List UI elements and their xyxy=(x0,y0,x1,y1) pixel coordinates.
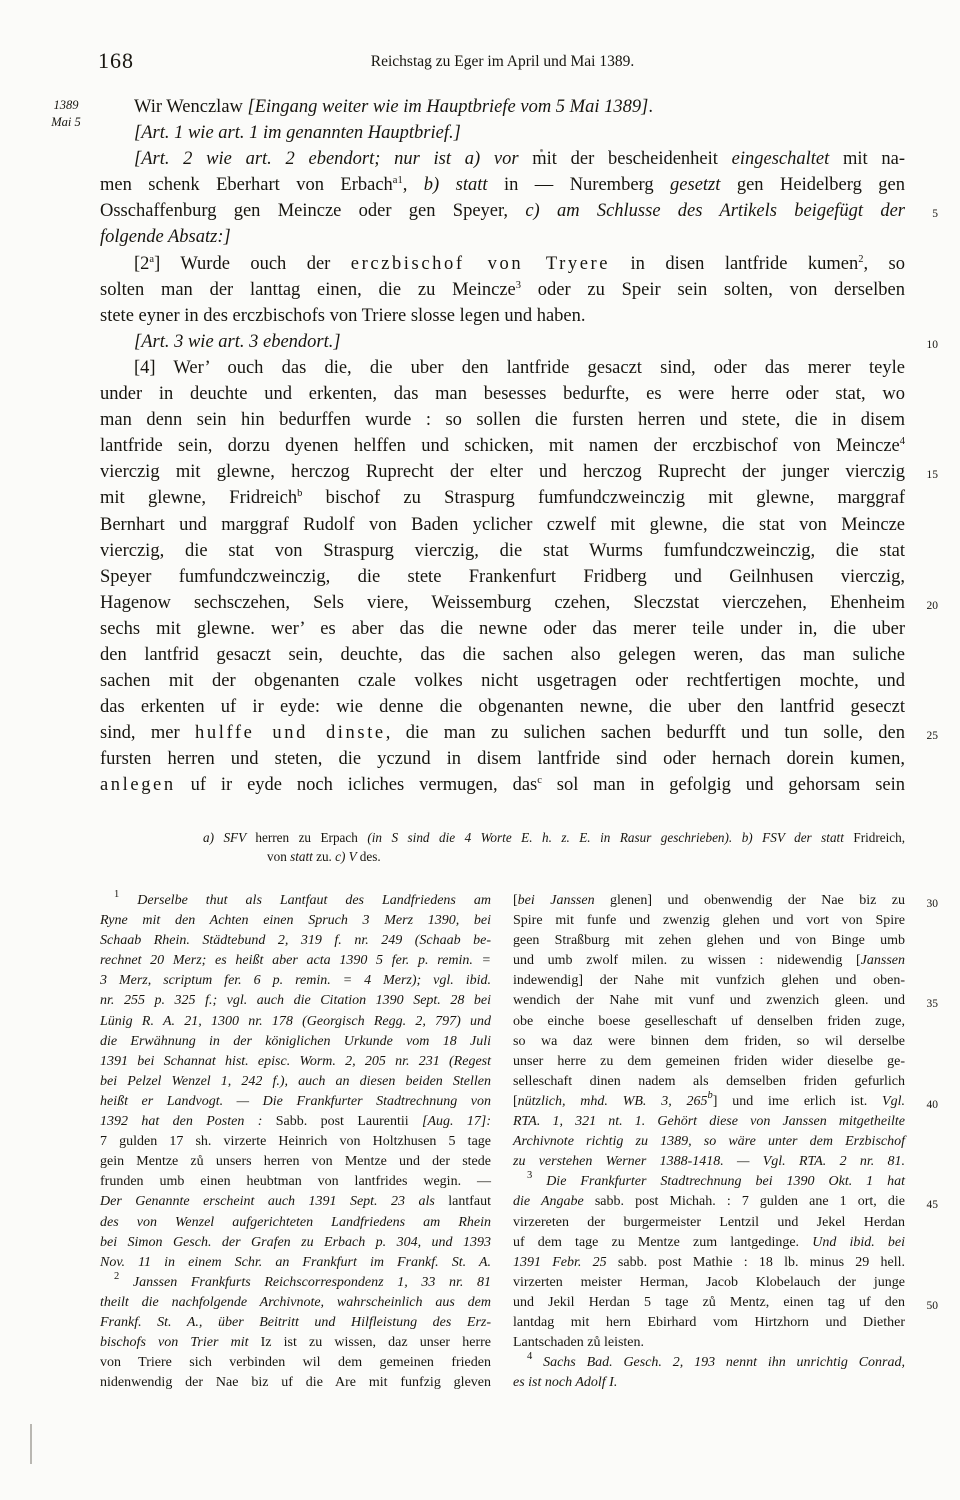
text-line: virzereten der burgermeister Lentzil und… xyxy=(513,1213,905,1233)
text-segment: zu verstehen Werner 1388-1418. — Vgl. RT… xyxy=(513,1154,905,1169)
text-segment: des. xyxy=(360,849,381,864)
text-line: Spire mit funfe und zwenzig glehen und v… xyxy=(513,911,905,931)
text-segment: c) V xyxy=(335,849,360,864)
text-segment: ] Wurde ouch der xyxy=(154,254,351,274)
text-line: rechnet 20 Merz; es heißt aber acta 1390… xyxy=(100,951,491,971)
text-line: [Art. 1 wie art. 1 im genannten Hauptbri… xyxy=(100,120,905,146)
text-segment: nützlich, mhd. WB. 3, 265 xyxy=(518,1094,708,1109)
text-segment: Osschaffenburg gen Meincze oder gen Spey… xyxy=(100,201,525,221)
text-segment: , so xyxy=(864,254,906,274)
line-number: 40 xyxy=(927,1095,939,1115)
text-line: zu verstehen Werner 1388-1418. — Vgl. RT… xyxy=(513,1152,905,1172)
text-segment: lantfride sein, dorzu dyenen helffen und… xyxy=(100,436,900,456)
footnote-reference-mark: a1 xyxy=(393,175,403,186)
text-segment: b) FSV der statt xyxy=(742,830,854,845)
text-segment: uf dem tage zu Mentze zum lantgedinge. xyxy=(513,1235,812,1250)
text-segment: Hagenow sechsczehen, Sels viere, Weissem… xyxy=(100,593,905,613)
text-segment: [2 xyxy=(134,254,149,274)
text-segment: so wa daz were binnen dem friden, so wil… xyxy=(513,1034,905,1049)
text-line: men schenk Eberhart von Erbacha1, b) sta… xyxy=(100,172,905,198)
text-segment: obe einche boese geselleschaft uf densel… xyxy=(513,1014,905,1029)
text-line: folgende Absatz:] xyxy=(100,224,905,250)
text-line: a) SFV herren zu Erpach (in S sind die 4… xyxy=(203,828,905,847)
text-line: vierczig mit glewne, herczog Ruprecht de… xyxy=(100,459,905,485)
text-segment: 3 Merz, scriptum fer. 6 p. remin. = 4 Me… xyxy=(100,973,491,988)
text-segment: in disen lantfride kumen xyxy=(610,254,858,274)
footnote-column-left: 1 Derselbe thut als Lantfaut des Landfri… xyxy=(100,891,491,1393)
text-line: Lantschaden zů leisten. xyxy=(513,1333,905,1353)
text-segment: bei Pelzel Wenzel 1, 242 f.), auch an di… xyxy=(100,1074,491,1089)
text-segment: bei Janssen xyxy=(518,893,610,908)
line-number: 45 xyxy=(927,1195,939,1215)
text-segment: unser herre zu dem gemeinen friden wider… xyxy=(513,1054,905,1069)
footnotes-section: 1 Derselbe thut als Lantfaut des Landfri… xyxy=(100,891,905,1393)
text-line: und Jekil Herdan 5 tage zů Mentz, einen … xyxy=(513,1293,905,1313)
text-line: RTA. 1, 321 nt. 1. Gehört diese von Jans… xyxy=(513,1112,905,1132)
text-segment: virzereten der burgermeister Lentzil und… xyxy=(513,1215,905,1230)
text-segment: mit na- xyxy=(843,149,905,169)
text-line: geen Straßburg mit zehen glehen und von … xyxy=(513,931,905,951)
text-segment: 1392 hat den Posten : xyxy=(100,1114,276,1129)
text-segment: lantfaut xyxy=(448,1194,491,1209)
text-segment: geen Straßburg mit zehen glehen und von … xyxy=(513,933,905,948)
text-line: 1391 bei Schannat hist. episc. Worm. 2, … xyxy=(100,1052,491,1072)
text-segment: Bernhart und marggraf Rudolf von Baden y… xyxy=(100,515,905,535)
text-segment: [Aug. 17]: xyxy=(422,1114,491,1129)
text-line: so wa daz were binnen dem friden, so wil… xyxy=(513,1032,905,1052)
text-segment: [Art. 3 wie art. 3 ebendort.] xyxy=(134,332,341,352)
text-segment: fursten herren und steten, die yczund in… xyxy=(100,749,905,769)
text-segment: theilt die nachfolgende Archivnote, wahr… xyxy=(100,1295,491,1310)
text-segment: herren zu Erpach xyxy=(255,830,367,845)
text-segment: Spire mit funfe und zwenzig glehen und v… xyxy=(513,913,905,928)
text-line: frunden umb einen heubtman von lantfride… xyxy=(100,1172,491,1192)
text-line: [2a] Wurde ouch der erczbischof von Trye… xyxy=(100,251,905,277)
text-segment: virzerten meister Herman, Jacob Klobelau… xyxy=(513,1275,905,1290)
text-segment: (in S sind die 4 Worte E. h. z. E. in Ra… xyxy=(367,830,741,845)
line-number: 15 xyxy=(927,462,939,488)
scan-edge-artifact xyxy=(30,1424,32,1464)
text-segment: Der Genannte erscheint auch 1391 Sept. 2… xyxy=(100,1194,448,1209)
text-segment: , xyxy=(403,175,424,195)
text-segment: sabb. post Michah. : 7 gulden ane 1 ort,… xyxy=(595,1194,905,1209)
text-line: sind, mer hulffe und dinste, die man zu … xyxy=(100,720,905,746)
text-segment: a) SFV xyxy=(203,830,255,845)
critical-apparatus-block: a) SFV herren zu Erpach (in S sind die 4… xyxy=(203,828,905,866)
text-line: das erkenten uf ir eyde: wie denne die o… xyxy=(100,694,905,720)
text-line: vierczig, die stat von Straspurg vierczi… xyxy=(100,538,905,564)
text-line: gein Mentze zů unsers herren von Mentze … xyxy=(100,1152,491,1172)
text-segment: frunden umb einen heubtman von lantfride… xyxy=(100,1174,491,1189)
text-segment: 1391 Febr. 25 xyxy=(513,1255,618,1270)
text-segment: stete eyner in des erczbischofs von Trie… xyxy=(100,306,586,326)
text-segment: oder zu Speir sein solten, von derselben xyxy=(521,280,905,300)
text-segment: Janssen Frankfurts Reichscorrespondenz 1… xyxy=(119,1275,491,1290)
footnote-column-right: [bei Janssen glenen] und obenwendig der … xyxy=(513,891,905,1393)
text-segment: von Triere sich verbinden wil dem gemein… xyxy=(100,1355,491,1370)
text-segment: nidenwendig der Nae biz uf die Are mit f… xyxy=(100,1375,491,1390)
text-segment: lantdag mit hern Ebirhard vom Hirtzhorn … xyxy=(513,1315,905,1330)
text-line: lantdag mit hern Ebirhard vom Hirtzhorn … xyxy=(513,1313,905,1333)
text-line: Nov. 11 in einem Schr. an Frankfurt im F… xyxy=(100,1253,491,1273)
text-segment: Vgl. xyxy=(882,1094,905,1109)
text-segment: Sabb. post Laurentii xyxy=(276,1114,422,1129)
text-line: solten man der lanttag einen, die zu Mei… xyxy=(100,277,905,303)
text-line: nr. 255 p. 325 f.; vgl. auch die Citatio… xyxy=(100,991,491,1011)
text-line: lantfride sein, dorzu dyenen helffen und… xyxy=(100,433,905,459)
text-segment: die Erwähnung in der königlichen Urkunde… xyxy=(100,1034,491,1049)
text-line: [Art. 3 wie art. 3 ebendort.]10 xyxy=(100,329,905,355)
text-line: Schaab Rhein. Städtebund 2, 319 f. nr. 2… xyxy=(100,931,491,951)
text-segment: 1391 bei Schannat hist. episc. Worm. 2, … xyxy=(100,1054,491,1069)
text-line: von Triere sich verbinden wil dem gemein… xyxy=(100,1353,491,1373)
text-line: selleschaft dinen nadem als demselben fr… xyxy=(513,1072,905,1092)
text-line: [Art. 2 wie art. 2 ebendort; nur ist a) … xyxy=(100,146,905,172)
text-segment: Und ibid. bei xyxy=(812,1235,905,1250)
text-segment: men schenk Eberhart von Erbach xyxy=(100,175,393,195)
text-line: sachen mit der obgenanten czale volkes n… xyxy=(100,668,905,694)
text-segment: [Eingang weiter wie im Hauptbriefe vom 5… xyxy=(248,97,649,117)
text-line: 1391 Febr. 25 sabb. post Mathie : 18 lb.… xyxy=(513,1253,905,1273)
text-segment: Archivnote richtig zu 1389, so wäre unte… xyxy=(513,1134,905,1149)
text-segment: sabb. post Mathie : 18 lb. minus 29 hell… xyxy=(618,1255,905,1270)
line-number: 35 xyxy=(927,994,939,1014)
text-segment: gein Mentze zů unsers herren von Mentze … xyxy=(100,1154,491,1169)
text-segment: Wir Wenczlaw xyxy=(134,97,248,117)
text-line: indewendig] der Nahe mit vunfzich glehen… xyxy=(513,971,905,991)
line-number: 50 xyxy=(927,1296,939,1316)
text-segment: . xyxy=(648,97,653,117)
text-line: Frankf. St. A., über Beitritt und Hilfle… xyxy=(100,1313,491,1333)
text-segment: sind, mer xyxy=(100,723,195,743)
text-segment: folgende Absatz:] xyxy=(100,227,231,247)
text-segment: erczbischof von Tryere xyxy=(351,254,610,274)
text-segment: Iz ist zu wissen, daz unser herre xyxy=(261,1335,491,1350)
text-line: mit glewne, Fridreichb bischof zu Strasp… xyxy=(100,485,905,511)
text-line: Wir Wenczlaw [Eingang weiter wie im Haup… xyxy=(100,94,905,120)
text-line: heißt er Landvogt. — Die Frankfurter Sta… xyxy=(100,1092,491,1112)
text-segment: bei Simon Gesch. der Grafen zu Erbach p.… xyxy=(100,1235,491,1250)
text-line: bischofs von Trier mit Iz ist zu wissen,… xyxy=(100,1333,491,1353)
text-line: bei Pelzel Wenzel 1, 242 f.), auch an di… xyxy=(100,1072,491,1092)
text-segment: eingeschaltet xyxy=(732,149,843,169)
text-line: 1 Derselbe thut als Lantfaut des Landfri… xyxy=(100,891,491,911)
text-line: Hagenow sechsczehen, Sels viere, Weissem… xyxy=(100,590,905,616)
text-line: von statt zu. c) V des. xyxy=(203,847,905,866)
text-segment: RTA. 1, 321 nt. 1. Gehört diese von Jans… xyxy=(513,1114,905,1129)
margin-date-note: 1389 Mai 5 xyxy=(30,97,102,131)
text-segment: gen Heidelberg gen xyxy=(737,175,905,195)
line-number: 5 xyxy=(932,201,938,227)
line-number: 10 xyxy=(927,332,939,358)
text-line: Speyer fumfundczweinczig, die stete Fran… xyxy=(100,564,905,590)
text-segment: gesetzt xyxy=(670,175,737,195)
text-segment: in — Nuremberg xyxy=(504,175,670,195)
text-line: uf dem tage zu Mentze zum lantgedinge. U… xyxy=(513,1233,905,1253)
text-line: Lünig R. A. 21, 1300 nr. 178 (Georgisch … xyxy=(100,1012,491,1032)
text-segment: Derselbe thut als Lantfaut des Landfried… xyxy=(119,893,491,908)
text-line: man denn sein hin bedurffen wurde : so s… xyxy=(100,407,905,433)
text-segment: , die man zu sulichen sachen bedurfft un… xyxy=(386,723,905,743)
text-line: virzerten meister Herman, Jacob Klobelau… xyxy=(513,1273,905,1293)
text-segment: Sachs Bad. Gesch. 2, 193 nennt ihn unric… xyxy=(532,1355,905,1370)
text-line: Ryne mit den Achten einen Spruch 3 Merz … xyxy=(100,911,491,931)
text-segment: das erkenten uf ir eyde: wie denne die o… xyxy=(100,697,905,717)
text-line: die Angabe sabb. post Michah. : 7 gulden… xyxy=(513,1192,905,1212)
text-segment: anlegen xyxy=(100,775,176,795)
text-segment: ] und ime erlich ist. xyxy=(713,1094,882,1109)
text-segment: uf ir eyde noch icliches vermugen, das xyxy=(176,775,538,795)
text-segment: und Jekil Herdan 5 tage zů Mentz, einen … xyxy=(513,1295,905,1310)
text-line: anlegen uf ir eyde noch icliches vermuge… xyxy=(100,772,905,798)
text-segment: Frankf. St. A., über Beitritt und Hilfle… xyxy=(100,1315,491,1330)
text-line: [bei Janssen glenen] und obenwendig der … xyxy=(513,891,905,911)
text-segment: Lantschaden zů leisten. xyxy=(513,1335,644,1350)
text-line: 4 Sachs Bad. Gesch. 2, 193 nennt ihn unr… xyxy=(513,1353,905,1373)
text-line: sechs mit glewne. wer’ es aber das die n… xyxy=(100,616,905,642)
text-line: under in deuchte und erkenten, das man b… xyxy=(100,381,905,407)
text-line: [4] Wer’ ouch das die, die uber den lant… xyxy=(100,355,905,381)
text-line: Bernhart und marggraf Rudolf von Baden y… xyxy=(100,512,905,538)
text-segment: sachen mit der obgenanten czale volkes n… xyxy=(100,671,905,691)
text-segment: rechnet 20 Merz; es heißt aber acta 1390… xyxy=(100,953,491,968)
text-line: des von Wenzel aufgerichteten Landfriede… xyxy=(100,1213,491,1233)
text-line: bei Simon Gesch. der Grafen zu Erbach p.… xyxy=(100,1233,491,1253)
text-line: 2 Janssen Frankfurts Reichscorrespondenz… xyxy=(100,1273,491,1293)
main-text-block: Wir Wenczlaw [Eingang weiter wie im Haup… xyxy=(100,94,905,799)
text-segment: 7 gulden 17 sh. virzerte Heinrich von Ho… xyxy=(100,1134,491,1149)
text-line: Archivnote richtig zu 1389, so wäre unte… xyxy=(513,1132,905,1152)
text-line: 3 Merz, scriptum fer. 6 p. remin. = 4 Me… xyxy=(100,971,491,991)
scanned-book-page: { "page": { "number": "168", "running_ti… xyxy=(0,0,960,1500)
text-segment: Nov. 11 in einem Schr. an Frankfurt im F… xyxy=(100,1255,491,1270)
text-segment: von xyxy=(267,849,290,864)
text-line: 7 gulden 17 sh. virzerte Heinrich von Ho… xyxy=(100,1132,491,1152)
text-segment: vierczig mit glewne, herczog Ruprecht de… xyxy=(100,462,905,482)
text-segment: man denn sein hin bedurffen wurde : so s… xyxy=(100,410,905,430)
line-number: 25 xyxy=(927,723,939,749)
footnote-reference-mark: 4 xyxy=(900,436,905,447)
text-line: theilt die nachfolgende Archivnote, wahr… xyxy=(100,1293,491,1313)
text-line: wendich der Nahe mit vunf und zwenzich g… xyxy=(513,991,905,1011)
text-segment: [Art. 1 wie art. 1 im genannten Hauptbri… xyxy=(134,123,461,143)
text-segment: und umb zwolf milen. zu wissen : nidewen… xyxy=(513,953,861,968)
text-segment: hulffe und dinste xyxy=(195,723,386,743)
text-segment: selleschaft dinen nadem als demselben fr… xyxy=(513,1074,905,1089)
text-segment: Schaab Rhein. Städtebund 2, 319 f. nr. 2… xyxy=(100,933,491,948)
text-segment: vierczig, die stat von Straspurg vierczi… xyxy=(100,541,905,561)
text-segment: sol man in gefolgig und gehorsam sein xyxy=(542,775,905,795)
text-segment: indewendig] der Nahe mit vunfzich glehen… xyxy=(513,973,905,988)
text-line: stete eyner in des erczbischofs von Trie… xyxy=(100,303,905,329)
text-segment: [4] Wer’ ouch das die, die uber den lant… xyxy=(134,358,905,378)
text-line: fursten herren und steten, die yczund in… xyxy=(100,746,905,772)
text-segment: solten man der lanttag einen, die zu Mei… xyxy=(100,280,516,300)
text-line: unser herre zu dem gemeinen friden wider… xyxy=(513,1052,905,1072)
text-segment: glenen] und obenwendig der Nae biz zu xyxy=(610,893,905,908)
text-segment: nr. 255 p. 325 f.; vgl. auch die Citatio… xyxy=(100,993,491,1008)
margin-note-day: Mai 5 xyxy=(30,114,102,131)
text-segment: sechs mit glewne. wer’ es aber das die n… xyxy=(100,619,905,639)
text-segment: b) statt xyxy=(424,175,504,195)
text-segment: Ryne mit den Achten einen Spruch 3 Merz … xyxy=(100,913,491,928)
running-title: Reichstag zu Eger im April und Mai 1389. xyxy=(100,53,905,71)
text-segment: bischofs von Trier mit xyxy=(100,1335,261,1350)
text-segment: mit glewne, Fridreich xyxy=(100,488,297,508)
text-segment: mit der bescheidenheit xyxy=(532,149,731,169)
text-segment: Speyer fumfundczweinczig, die stete Fran… xyxy=(100,567,905,587)
margin-note-year: 1389 xyxy=(30,97,102,114)
text-segment: zu. xyxy=(316,849,335,864)
text-line: Der Genannte erscheint auch 1391 Sept. 2… xyxy=(100,1192,491,1212)
text-line: den lantfrid gesaczt sein, deuchte, das … xyxy=(100,642,905,668)
text-segment: heißt er Landvogt. — Die Frankfurter Sta… xyxy=(100,1094,491,1109)
text-segment: [Art. 2 wie art. 2 ebendort; nur ist a) … xyxy=(134,149,532,169)
text-line: 1392 hat den Posten : Sabb. post Laurent… xyxy=(100,1112,491,1132)
text-line: Osschaffenburg gen Meincze oder gen Spey… xyxy=(100,198,905,224)
text-segment: den lantfrid gesaczt sein, deuchte, das … xyxy=(100,645,905,665)
line-number: 20 xyxy=(927,593,939,619)
text-segment: des von Wenzel aufgerichteten Landfriede… xyxy=(100,1215,491,1230)
text-segment: es ist noch Adolf I. xyxy=(513,1375,617,1390)
text-segment: Janssen xyxy=(861,953,905,968)
text-segment: statt xyxy=(290,849,316,864)
text-segment: under in deuchte und erkenten, das man b… xyxy=(100,384,905,404)
text-segment: die Angabe xyxy=(513,1194,595,1209)
text-line: und umb zwolf milen. zu wissen : nidewen… xyxy=(513,951,905,971)
text-segment: Die Frankfurter Stadtrechnung bei 1390 O… xyxy=(532,1174,905,1189)
text-segment: bischof zu Straspurg fumfundczweinczig m… xyxy=(302,488,905,508)
text-line: obe einche boese geselleschaft uf densel… xyxy=(513,1012,905,1032)
scan-speck xyxy=(540,149,543,152)
text-segment: wendich der Nahe mit vunf und zwenzich g… xyxy=(513,993,905,1008)
text-line: die Erwähnung in der königlichen Urkunde… xyxy=(100,1032,491,1052)
text-segment: c) am Schlusse des Artikels beigefügt de… xyxy=(525,201,905,221)
text-line: es ist noch Adolf I. xyxy=(513,1373,905,1393)
text-line: nidenwendig der Nae biz uf die Are mit f… xyxy=(100,1373,491,1393)
text-segment: Fridreich, xyxy=(853,830,905,845)
text-line: 3 Die Frankfurter Stadtrechnung bei 1390… xyxy=(513,1172,905,1192)
line-number: 30 xyxy=(927,894,939,914)
text-line: [nützlich, mhd. WB. 3, 265b] und ime erl… xyxy=(513,1092,905,1112)
text-segment: Lünig R. A. 21, 1300 nr. 178 (Georgisch … xyxy=(100,1014,491,1029)
